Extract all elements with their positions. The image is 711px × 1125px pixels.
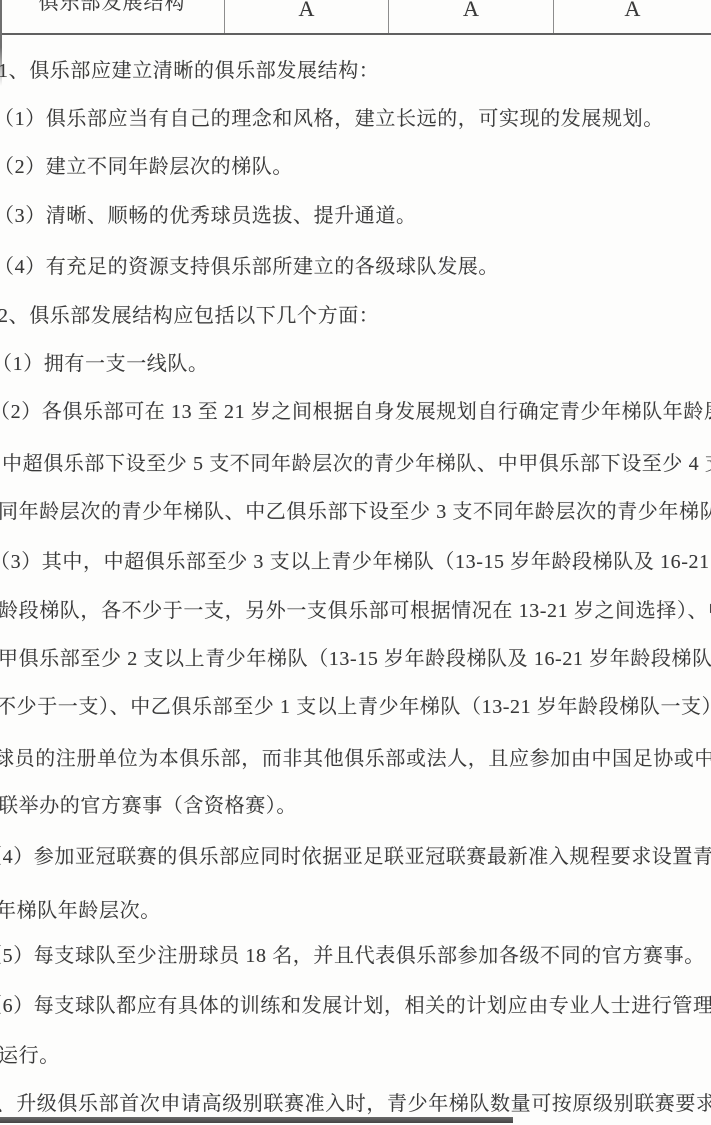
text-line: （1）拥有一支一线队。 bbox=[0, 354, 209, 374]
text-line: （3）清晰、顺畅的优秀球员选拔、提升通道。 bbox=[0, 206, 417, 226]
table-cell-section-title: 俱乐部发展结构 bbox=[0, 0, 225, 33]
text-line: （3）其中，中超俱乐部至少 3 支以上青少年梯队（13-15 岁年龄段梯队及 1… bbox=[0, 552, 711, 572]
table-cell-grade-1: A bbox=[225, 0, 389, 33]
text-line: 2、俱乐部发展结构应包括以下几个方面： bbox=[0, 306, 379, 326]
table-cell-grade-3: A bbox=[554, 0, 711, 33]
grade-label-1: A bbox=[225, 0, 388, 20]
text-line: （6）每支球队都应有具体的训练和发展计划，相关的计划应由专业人士进行管理和 bbox=[0, 996, 711, 1016]
text-line: 中超俱乐部下设至少 5 支不同年龄层次的青少年梯队、中甲俱乐部下设至少 4 支不 bbox=[2, 454, 711, 474]
text-line: （2）各俱乐部可在 13 至 21 岁之间根据自身发展规划自行确定青少年梯队年龄… bbox=[0, 402, 711, 422]
text-line: （4）参加亚冠联赛的俱乐部应同时依据亚足联亚冠联赛最新准入规程要求设置青少 bbox=[0, 847, 711, 867]
text-line: （2）建立不同年龄层次的梯队。 bbox=[0, 157, 293, 177]
text-line: （1）俱乐部应当有自己的理念和风格，建立长远的，可实现的发展规划。 bbox=[0, 109, 664, 129]
text-line: 3、升级俱乐部首次申请高级别联赛准入时，青少年梯队数量可按原级别联赛要求执 bbox=[0, 1094, 711, 1114]
text-line: 龄段梯队，各不少于一支，另外一支俱乐部可根据情况在 13-21 岁之间选择）、中 bbox=[0, 601, 711, 621]
section-title-label: 俱乐部发展结构 bbox=[0, 0, 224, 13]
grade-label-2: A bbox=[389, 0, 553, 20]
text-line: 年梯队年龄层次。 bbox=[0, 901, 161, 921]
text-line: 球员的注册单位为本俱乐部，而非其他俱乐部或法人，且应参加由中国足协或中足 bbox=[0, 749, 711, 769]
text-line: 联举办的官方赛事（含资格赛）。 bbox=[0, 796, 297, 816]
text-line: 运行。 bbox=[0, 1046, 60, 1066]
text-line: （4）有充足的资源支持俱乐部所建立的各级球队发展。 bbox=[0, 257, 499, 277]
text-line: （5）每支球队至少注册球员 18 名，并且代表俱乐部参加各级不同的官方赛事。 bbox=[0, 946, 705, 966]
text-line: 甲俱乐部至少 2 支以上青少年梯队（13-15 岁年龄段梯队及 16-21 岁年… bbox=[0, 649, 711, 669]
next-table-border-partial bbox=[0, 1117, 513, 1123]
table-cell-grade-2: A bbox=[389, 0, 554, 33]
grade-label-3: A bbox=[554, 0, 711, 20]
scanned-document-page: 俱乐部发展结构 A A A 1、俱乐部应建立清晰的俱乐部发展结构： （1）俱乐部… bbox=[0, 0, 711, 1125]
text-line: 1、俱乐部应建立清晰的俱乐部发展结构： bbox=[0, 61, 379, 81]
text-line: 不少于一支）、中乙俱乐部至少 1 支以上青少年梯队（13-21 岁年龄段梯队一支… bbox=[0, 697, 711, 717]
text-line: 同年龄层次的青少年梯队、中乙俱乐部下设至少 3 支不同年龄层次的青少年梯队。 bbox=[0, 502, 711, 522]
table-row-bottom-border bbox=[0, 33, 711, 35]
